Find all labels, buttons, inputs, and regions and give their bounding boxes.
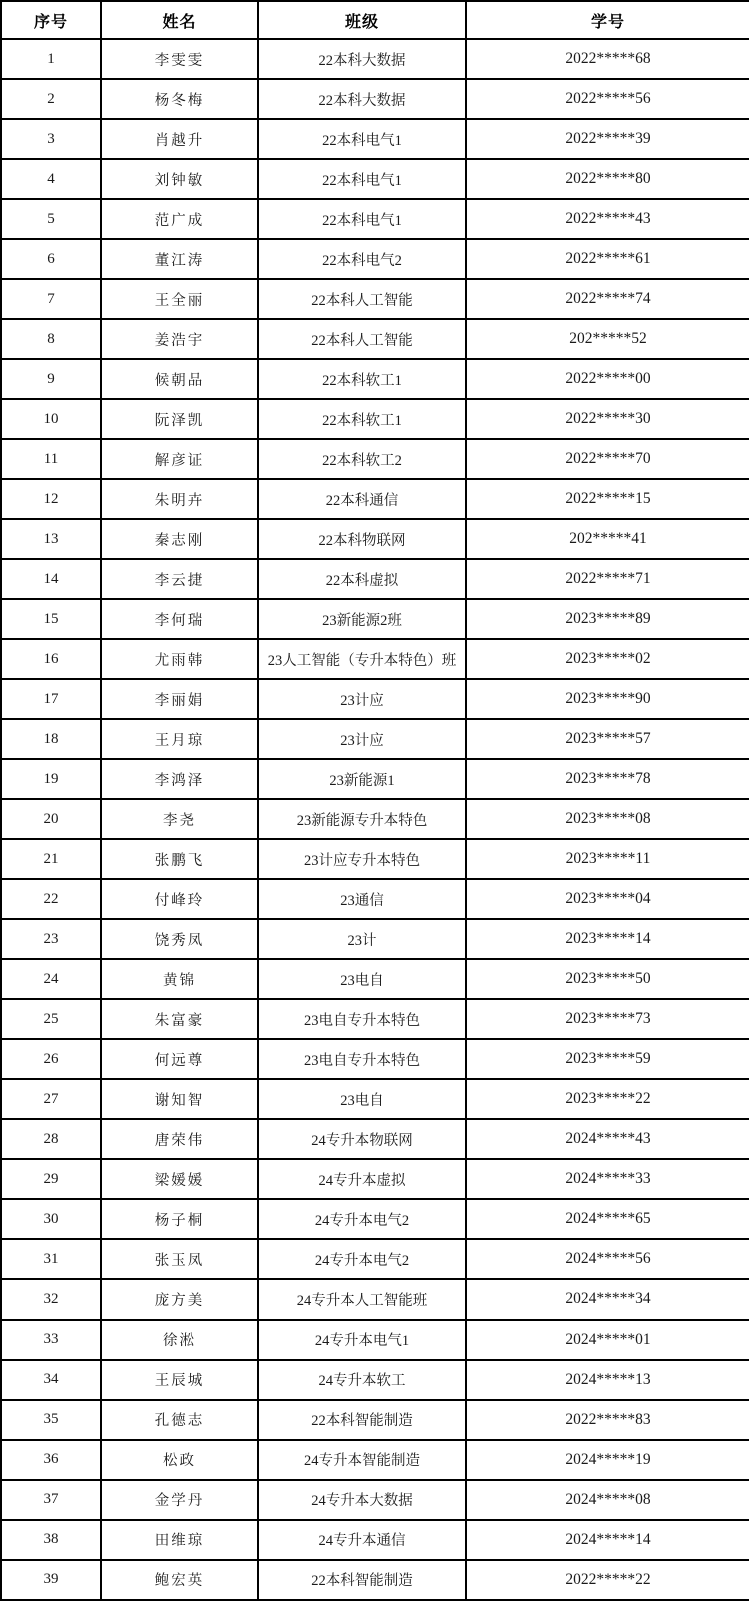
table-row: 24黄锦23电自2023*****50 bbox=[1, 959, 749, 999]
name-cell: 金学丹 bbox=[101, 1480, 258, 1520]
student-id-cell: 2022*****39 bbox=[466, 119, 749, 159]
student-id-cell: 2022*****61 bbox=[466, 239, 749, 279]
index-cell: 35 bbox=[1, 1400, 101, 1440]
index-cell: 1 bbox=[1, 39, 101, 79]
table-row: 6董江涛22本科电气22022*****61 bbox=[1, 239, 749, 279]
class-cell: 24专升本智能制造 bbox=[258, 1440, 466, 1480]
class-cell: 22本科虚拟 bbox=[258, 559, 466, 599]
table-row: 13秦志刚22本科物联网202*****41 bbox=[1, 519, 749, 559]
table-row: 3肖越升22本科电气12022*****39 bbox=[1, 119, 749, 159]
index-cell: 8 bbox=[1, 319, 101, 359]
class-cell: 23新能源1 bbox=[258, 759, 466, 799]
student-id-cell: 2022*****80 bbox=[466, 159, 749, 199]
table-row: 37金学丹24专升本大数据2024*****08 bbox=[1, 1480, 749, 1520]
index-cell: 29 bbox=[1, 1159, 101, 1199]
table-row: 7王全丽22本科人工智能2022*****74 bbox=[1, 279, 749, 319]
table-row: 33徐淞24专升本电气12024*****01 bbox=[1, 1320, 749, 1360]
student-id-cell: 2023*****90 bbox=[466, 679, 749, 719]
table-row: 38田维琼24专升本通信2024*****14 bbox=[1, 1520, 749, 1560]
table-row: 22付峰玲23通信2023*****04 bbox=[1, 879, 749, 919]
student-id-cell: 2023*****08 bbox=[466, 799, 749, 839]
name-cell: 李何瑞 bbox=[101, 599, 258, 639]
header-name: 姓名 bbox=[101, 1, 258, 39]
class-cell: 22本科人工智能 bbox=[258, 279, 466, 319]
student-id-cell: 2023*****50 bbox=[466, 959, 749, 999]
index-cell: 21 bbox=[1, 839, 101, 879]
class-cell: 24专升本人工智能班 bbox=[258, 1279, 466, 1319]
class-cell: 23计应 bbox=[258, 679, 466, 719]
class-cell: 23电自 bbox=[258, 1079, 466, 1119]
index-cell: 4 bbox=[1, 159, 101, 199]
class-cell: 22本科大数据 bbox=[258, 39, 466, 79]
student-id-cell: 2022*****43 bbox=[466, 199, 749, 239]
name-cell: 庞方美 bbox=[101, 1279, 258, 1319]
student-id-cell: 2023*****02 bbox=[466, 639, 749, 679]
student-id-cell: 2024*****19 bbox=[466, 1440, 749, 1480]
class-cell: 23电自专升本特色 bbox=[258, 999, 466, 1039]
name-cell: 付峰玲 bbox=[101, 879, 258, 919]
class-cell: 23新能源2班 bbox=[258, 599, 466, 639]
name-cell: 张鹏飞 bbox=[101, 839, 258, 879]
name-cell: 李尧 bbox=[101, 799, 258, 839]
class-cell: 23通信 bbox=[258, 879, 466, 919]
table-row: 39鲍宏英22本科智能制造2022*****22 bbox=[1, 1560, 749, 1600]
student-id-cell: 2022*****00 bbox=[466, 359, 749, 399]
index-cell: 10 bbox=[1, 399, 101, 439]
table-row: 35孔德志22本科智能制造2022*****83 bbox=[1, 1400, 749, 1440]
name-cell: 饶秀凤 bbox=[101, 919, 258, 959]
index-cell: 22 bbox=[1, 879, 101, 919]
table-row: 14李云捷22本科虚拟2022*****71 bbox=[1, 559, 749, 599]
index-cell: 9 bbox=[1, 359, 101, 399]
index-cell: 39 bbox=[1, 1560, 101, 1600]
class-cell: 23新能源专升本特色 bbox=[258, 799, 466, 839]
name-cell: 肖越升 bbox=[101, 119, 258, 159]
table-row: 19李鸿泽23新能源12023*****78 bbox=[1, 759, 749, 799]
class-cell: 22本科人工智能 bbox=[258, 319, 466, 359]
class-cell: 22本科大数据 bbox=[258, 79, 466, 119]
index-cell: 14 bbox=[1, 559, 101, 599]
class-cell: 23人工智能（专升本特色）班 bbox=[258, 639, 466, 679]
index-cell: 36 bbox=[1, 1440, 101, 1480]
index-cell: 34 bbox=[1, 1360, 101, 1400]
index-cell: 28 bbox=[1, 1119, 101, 1159]
table-row: 27谢知智23电自2023*****22 bbox=[1, 1079, 749, 1119]
class-cell: 24专升本软工 bbox=[258, 1360, 466, 1400]
student-id-cell: 2024*****56 bbox=[466, 1239, 749, 1279]
name-cell: 梁媛媛 bbox=[101, 1159, 258, 1199]
name-cell: 谢知智 bbox=[101, 1079, 258, 1119]
table-row: 9候朝品22本科软工12022*****00 bbox=[1, 359, 749, 399]
class-cell: 23电自 bbox=[258, 959, 466, 999]
table-row: 31张玉凤24专升本电气22024*****56 bbox=[1, 1239, 749, 1279]
index-cell: 15 bbox=[1, 599, 101, 639]
table-row: 32庞方美24专升本人工智能班2024*****34 bbox=[1, 1279, 749, 1319]
name-cell: 朱富豪 bbox=[101, 999, 258, 1039]
student-id-cell: 2023*****11 bbox=[466, 839, 749, 879]
table-row: 21张鹏飞23计应专升本特色2023*****11 bbox=[1, 839, 749, 879]
name-cell: 何远尊 bbox=[101, 1039, 258, 1079]
class-cell: 22本科物联网 bbox=[258, 519, 466, 559]
index-cell: 12 bbox=[1, 479, 101, 519]
header-student-id: 学号 bbox=[466, 1, 749, 39]
student-id-cell: 2022*****74 bbox=[466, 279, 749, 319]
class-cell: 22本科智能制造 bbox=[258, 1400, 466, 1440]
name-cell: 朱明卉 bbox=[101, 479, 258, 519]
table-row: 36松政24专升本智能制造2024*****19 bbox=[1, 1440, 749, 1480]
index-cell: 20 bbox=[1, 799, 101, 839]
student-id-cell: 2023*****59 bbox=[466, 1039, 749, 1079]
name-cell: 范广成 bbox=[101, 199, 258, 239]
table-row: 10阮泽凯22本科软工12022*****30 bbox=[1, 399, 749, 439]
table-row: 4刘钟敏22本科电气12022*****80 bbox=[1, 159, 749, 199]
table-row: 2杨冬梅22本科大数据2022*****56 bbox=[1, 79, 749, 119]
class-cell: 23计应 bbox=[258, 719, 466, 759]
table-row: 11解彦证22本科软工22022*****70 bbox=[1, 439, 749, 479]
student-id-cell: 2024*****08 bbox=[466, 1480, 749, 1520]
student-id-cell: 2024*****65 bbox=[466, 1199, 749, 1239]
student-id-cell: 202*****52 bbox=[466, 319, 749, 359]
student-table: 序号 姓名 班级 学号 1李雯雯22本科大数据2022*****682杨冬梅22… bbox=[0, 0, 749, 1601]
name-cell: 阮泽凯 bbox=[101, 399, 258, 439]
table-row: 26何远尊23电自专升本特色2023*****59 bbox=[1, 1039, 749, 1079]
student-id-cell: 2024*****33 bbox=[466, 1159, 749, 1199]
name-cell: 姜浩宇 bbox=[101, 319, 258, 359]
table-row: 20李尧23新能源专升本特色2023*****08 bbox=[1, 799, 749, 839]
name-cell: 唐荣伟 bbox=[101, 1119, 258, 1159]
class-cell: 24专升本电气1 bbox=[258, 1320, 466, 1360]
index-cell: 19 bbox=[1, 759, 101, 799]
index-cell: 31 bbox=[1, 1239, 101, 1279]
index-cell: 16 bbox=[1, 639, 101, 679]
table-row: 30杨子桐24专升本电气22024*****65 bbox=[1, 1199, 749, 1239]
index-cell: 17 bbox=[1, 679, 101, 719]
student-id-cell: 2023*****22 bbox=[466, 1079, 749, 1119]
index-cell: 5 bbox=[1, 199, 101, 239]
student-id-cell: 2024*****34 bbox=[466, 1279, 749, 1319]
student-id-cell: 2022*****71 bbox=[466, 559, 749, 599]
class-cell: 22本科电气1 bbox=[258, 199, 466, 239]
table-row: 23饶秀凤23计2023*****14 bbox=[1, 919, 749, 959]
header-index: 序号 bbox=[1, 1, 101, 39]
student-id-cell: 202*****41 bbox=[466, 519, 749, 559]
student-id-cell: 2022*****83 bbox=[466, 1400, 749, 1440]
student-id-cell: 2022*****15 bbox=[466, 479, 749, 519]
index-cell: 18 bbox=[1, 719, 101, 759]
name-cell: 孔德志 bbox=[101, 1400, 258, 1440]
index-cell: 3 bbox=[1, 119, 101, 159]
student-id-cell: 2022*****68 bbox=[466, 39, 749, 79]
index-cell: 26 bbox=[1, 1039, 101, 1079]
student-id-cell: 2024*****01 bbox=[466, 1320, 749, 1360]
name-cell: 尤雨韩 bbox=[101, 639, 258, 679]
table-row: 17李丽娟23计应2023*****90 bbox=[1, 679, 749, 719]
name-cell: 王全丽 bbox=[101, 279, 258, 319]
table-row: 29梁媛媛24专升本虚拟2024*****33 bbox=[1, 1159, 749, 1199]
class-cell: 22本科电气1 bbox=[258, 159, 466, 199]
class-cell: 22本科软工2 bbox=[258, 439, 466, 479]
index-cell: 33 bbox=[1, 1320, 101, 1360]
name-cell: 李鸿泽 bbox=[101, 759, 258, 799]
table-row: 28唐荣伟24专升本物联网2024*****43 bbox=[1, 1119, 749, 1159]
name-cell: 王月琼 bbox=[101, 719, 258, 759]
index-cell: 13 bbox=[1, 519, 101, 559]
name-cell: 徐淞 bbox=[101, 1320, 258, 1360]
table-row: 25朱富豪23电自专升本特色2023*****73 bbox=[1, 999, 749, 1039]
class-cell: 23电自专升本特色 bbox=[258, 1039, 466, 1079]
name-cell: 李云捷 bbox=[101, 559, 258, 599]
table-row: 34王辰城24专升本软工2024*****13 bbox=[1, 1360, 749, 1400]
index-cell: 11 bbox=[1, 439, 101, 479]
name-cell: 刘钟敏 bbox=[101, 159, 258, 199]
class-cell: 23计 bbox=[258, 919, 466, 959]
student-id-cell: 2024*****43 bbox=[466, 1119, 749, 1159]
class-cell: 23计应专升本特色 bbox=[258, 839, 466, 879]
name-cell: 候朝品 bbox=[101, 359, 258, 399]
class-cell: 24专升本物联网 bbox=[258, 1119, 466, 1159]
name-cell: 黄锦 bbox=[101, 959, 258, 999]
index-cell: 2 bbox=[1, 79, 101, 119]
header-class: 班级 bbox=[258, 1, 466, 39]
index-cell: 30 bbox=[1, 1199, 101, 1239]
class-cell: 22本科智能制造 bbox=[258, 1560, 466, 1600]
index-cell: 24 bbox=[1, 959, 101, 999]
class-cell: 24专升本大数据 bbox=[258, 1480, 466, 1520]
index-cell: 38 bbox=[1, 1520, 101, 1560]
name-cell: 鲍宏英 bbox=[101, 1560, 258, 1600]
student-id-cell: 2023*****73 bbox=[466, 999, 749, 1039]
table-row: 1李雯雯22本科大数据2022*****68 bbox=[1, 39, 749, 79]
student-id-cell: 2023*****78 bbox=[466, 759, 749, 799]
table-body: 1李雯雯22本科大数据2022*****682杨冬梅22本科大数据2022***… bbox=[1, 39, 749, 1600]
index-cell: 25 bbox=[1, 999, 101, 1039]
index-cell: 23 bbox=[1, 919, 101, 959]
class-cell: 22本科通信 bbox=[258, 479, 466, 519]
class-cell: 24专升本电气2 bbox=[258, 1239, 466, 1279]
student-id-cell: 2024*****13 bbox=[466, 1360, 749, 1400]
name-cell: 杨冬梅 bbox=[101, 79, 258, 119]
table-row: 16尤雨韩23人工智能（专升本特色）班2023*****02 bbox=[1, 639, 749, 679]
name-cell: 秦志刚 bbox=[101, 519, 258, 559]
student-id-cell: 2023*****04 bbox=[466, 879, 749, 919]
class-cell: 24专升本通信 bbox=[258, 1520, 466, 1560]
name-cell: 董江涛 bbox=[101, 239, 258, 279]
student-id-cell: 2024*****14 bbox=[466, 1520, 749, 1560]
student-id-cell: 2023*****89 bbox=[466, 599, 749, 639]
name-cell: 王辰城 bbox=[101, 1360, 258, 1400]
student-id-cell: 2022*****70 bbox=[466, 439, 749, 479]
class-cell: 22本科电气2 bbox=[258, 239, 466, 279]
index-cell: 32 bbox=[1, 1279, 101, 1319]
table-header-row: 序号 姓名 班级 学号 bbox=[1, 1, 749, 39]
name-cell: 杨子桐 bbox=[101, 1199, 258, 1239]
name-cell: 田维琼 bbox=[101, 1520, 258, 1560]
index-cell: 7 bbox=[1, 279, 101, 319]
index-cell: 6 bbox=[1, 239, 101, 279]
table-row: 8姜浩宇22本科人工智能202*****52 bbox=[1, 319, 749, 359]
student-id-cell: 2023*****14 bbox=[466, 919, 749, 959]
student-id-cell: 2023*****57 bbox=[466, 719, 749, 759]
name-cell: 张玉凤 bbox=[101, 1239, 258, 1279]
class-cell: 22本科软工1 bbox=[258, 359, 466, 399]
class-cell: 24专升本虚拟 bbox=[258, 1159, 466, 1199]
name-cell: 李雯雯 bbox=[101, 39, 258, 79]
student-id-cell: 2022*****30 bbox=[466, 399, 749, 439]
name-cell: 李丽娟 bbox=[101, 679, 258, 719]
class-cell: 24专升本电气2 bbox=[258, 1199, 466, 1239]
class-cell: 22本科软工1 bbox=[258, 399, 466, 439]
table-row: 12朱明卉22本科通信2022*****15 bbox=[1, 479, 749, 519]
table-row: 5范广成22本科电气12022*****43 bbox=[1, 199, 749, 239]
index-cell: 37 bbox=[1, 1480, 101, 1520]
student-id-cell: 2022*****56 bbox=[466, 79, 749, 119]
student-id-cell: 2022*****22 bbox=[466, 1560, 749, 1600]
index-cell: 27 bbox=[1, 1079, 101, 1119]
class-cell: 22本科电气1 bbox=[258, 119, 466, 159]
table-row: 15李何瑞23新能源2班2023*****89 bbox=[1, 599, 749, 639]
name-cell: 松政 bbox=[101, 1440, 258, 1480]
name-cell: 解彦证 bbox=[101, 439, 258, 479]
table-row: 18王月琼23计应2023*****57 bbox=[1, 719, 749, 759]
